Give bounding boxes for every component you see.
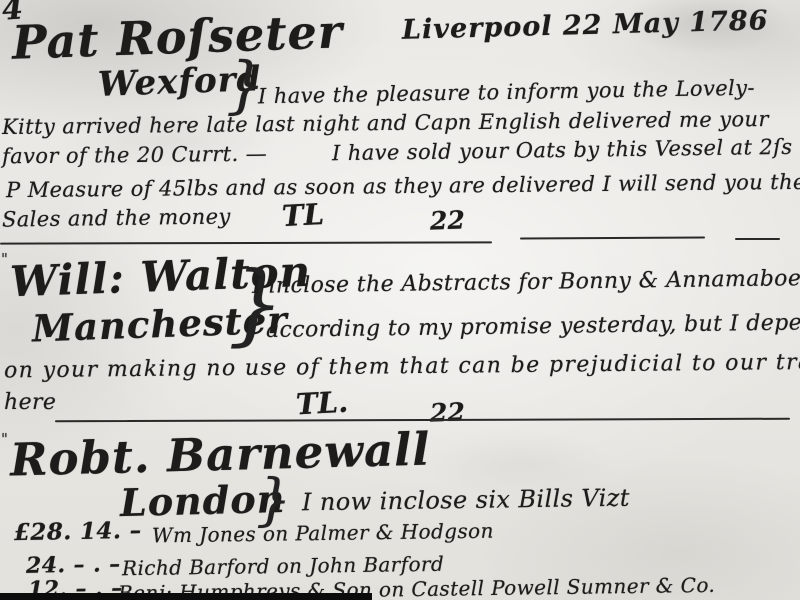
- letter3-ditto-mark: ": [1, 430, 8, 448]
- divider-rule-2: [55, 418, 790, 423]
- letter2-body-line2: according to my promise yesterday, but I…: [266, 310, 800, 343]
- letter3-intro-line: I now inclose six Bills Vizt: [302, 484, 630, 517]
- letter1-day-number: 22: [430, 205, 466, 235]
- bill-text: Richd Barford on John Barford: [122, 552, 444, 580]
- letter1-body-line5: Sales and the money: [2, 204, 231, 231]
- divider-rule-1a: [0, 241, 492, 244]
- letter1-signature-initials: TL: [281, 197, 325, 233]
- bill-amount: £28. 14. –: [14, 517, 142, 546]
- bill-text: Wm Jones on Palmer & Hodgson: [152, 519, 494, 548]
- film-edge-artifact: [0, 593, 372, 600]
- letter2-body-line1: I inclose the Abstracts for Bonny & Anna…: [252, 266, 800, 299]
- letter1-body-line4: P Measure of 45lbs and as soon as they a…: [6, 170, 800, 202]
- letter2-day-number: 22: [430, 397, 466, 427]
- letter1-body-line3a: favor of the 20 Currt. —: [2, 142, 267, 169]
- manuscript-page: 4 Liverpool 22 May 1786 Pat Roſseter Wex…: [0, 0, 800, 600]
- letter1-addressee-name: Pat Roſseter: [11, 4, 344, 70]
- divider-rule-1c: [735, 238, 780, 240]
- letter1-body-line2: Kitty arrived here late last night and C…: [2, 107, 769, 139]
- letter2-ditto-mark: ": [1, 250, 8, 268]
- letter2-body-line4: here: [4, 390, 56, 415]
- dateline: Liverpool 22 May 1786: [402, 5, 769, 46]
- letter2-body-line3: on your making no use of them that can b…: [4, 350, 800, 384]
- letter2-signature-initials: TL.: [295, 385, 349, 422]
- divider-rule-1b: [520, 237, 705, 240]
- letter1-body-line3b: I have sold your Oats by this Vessel at …: [332, 135, 793, 165]
- letter1-body-line1: I have the pleasure to inform you the Lo…: [258, 76, 755, 109]
